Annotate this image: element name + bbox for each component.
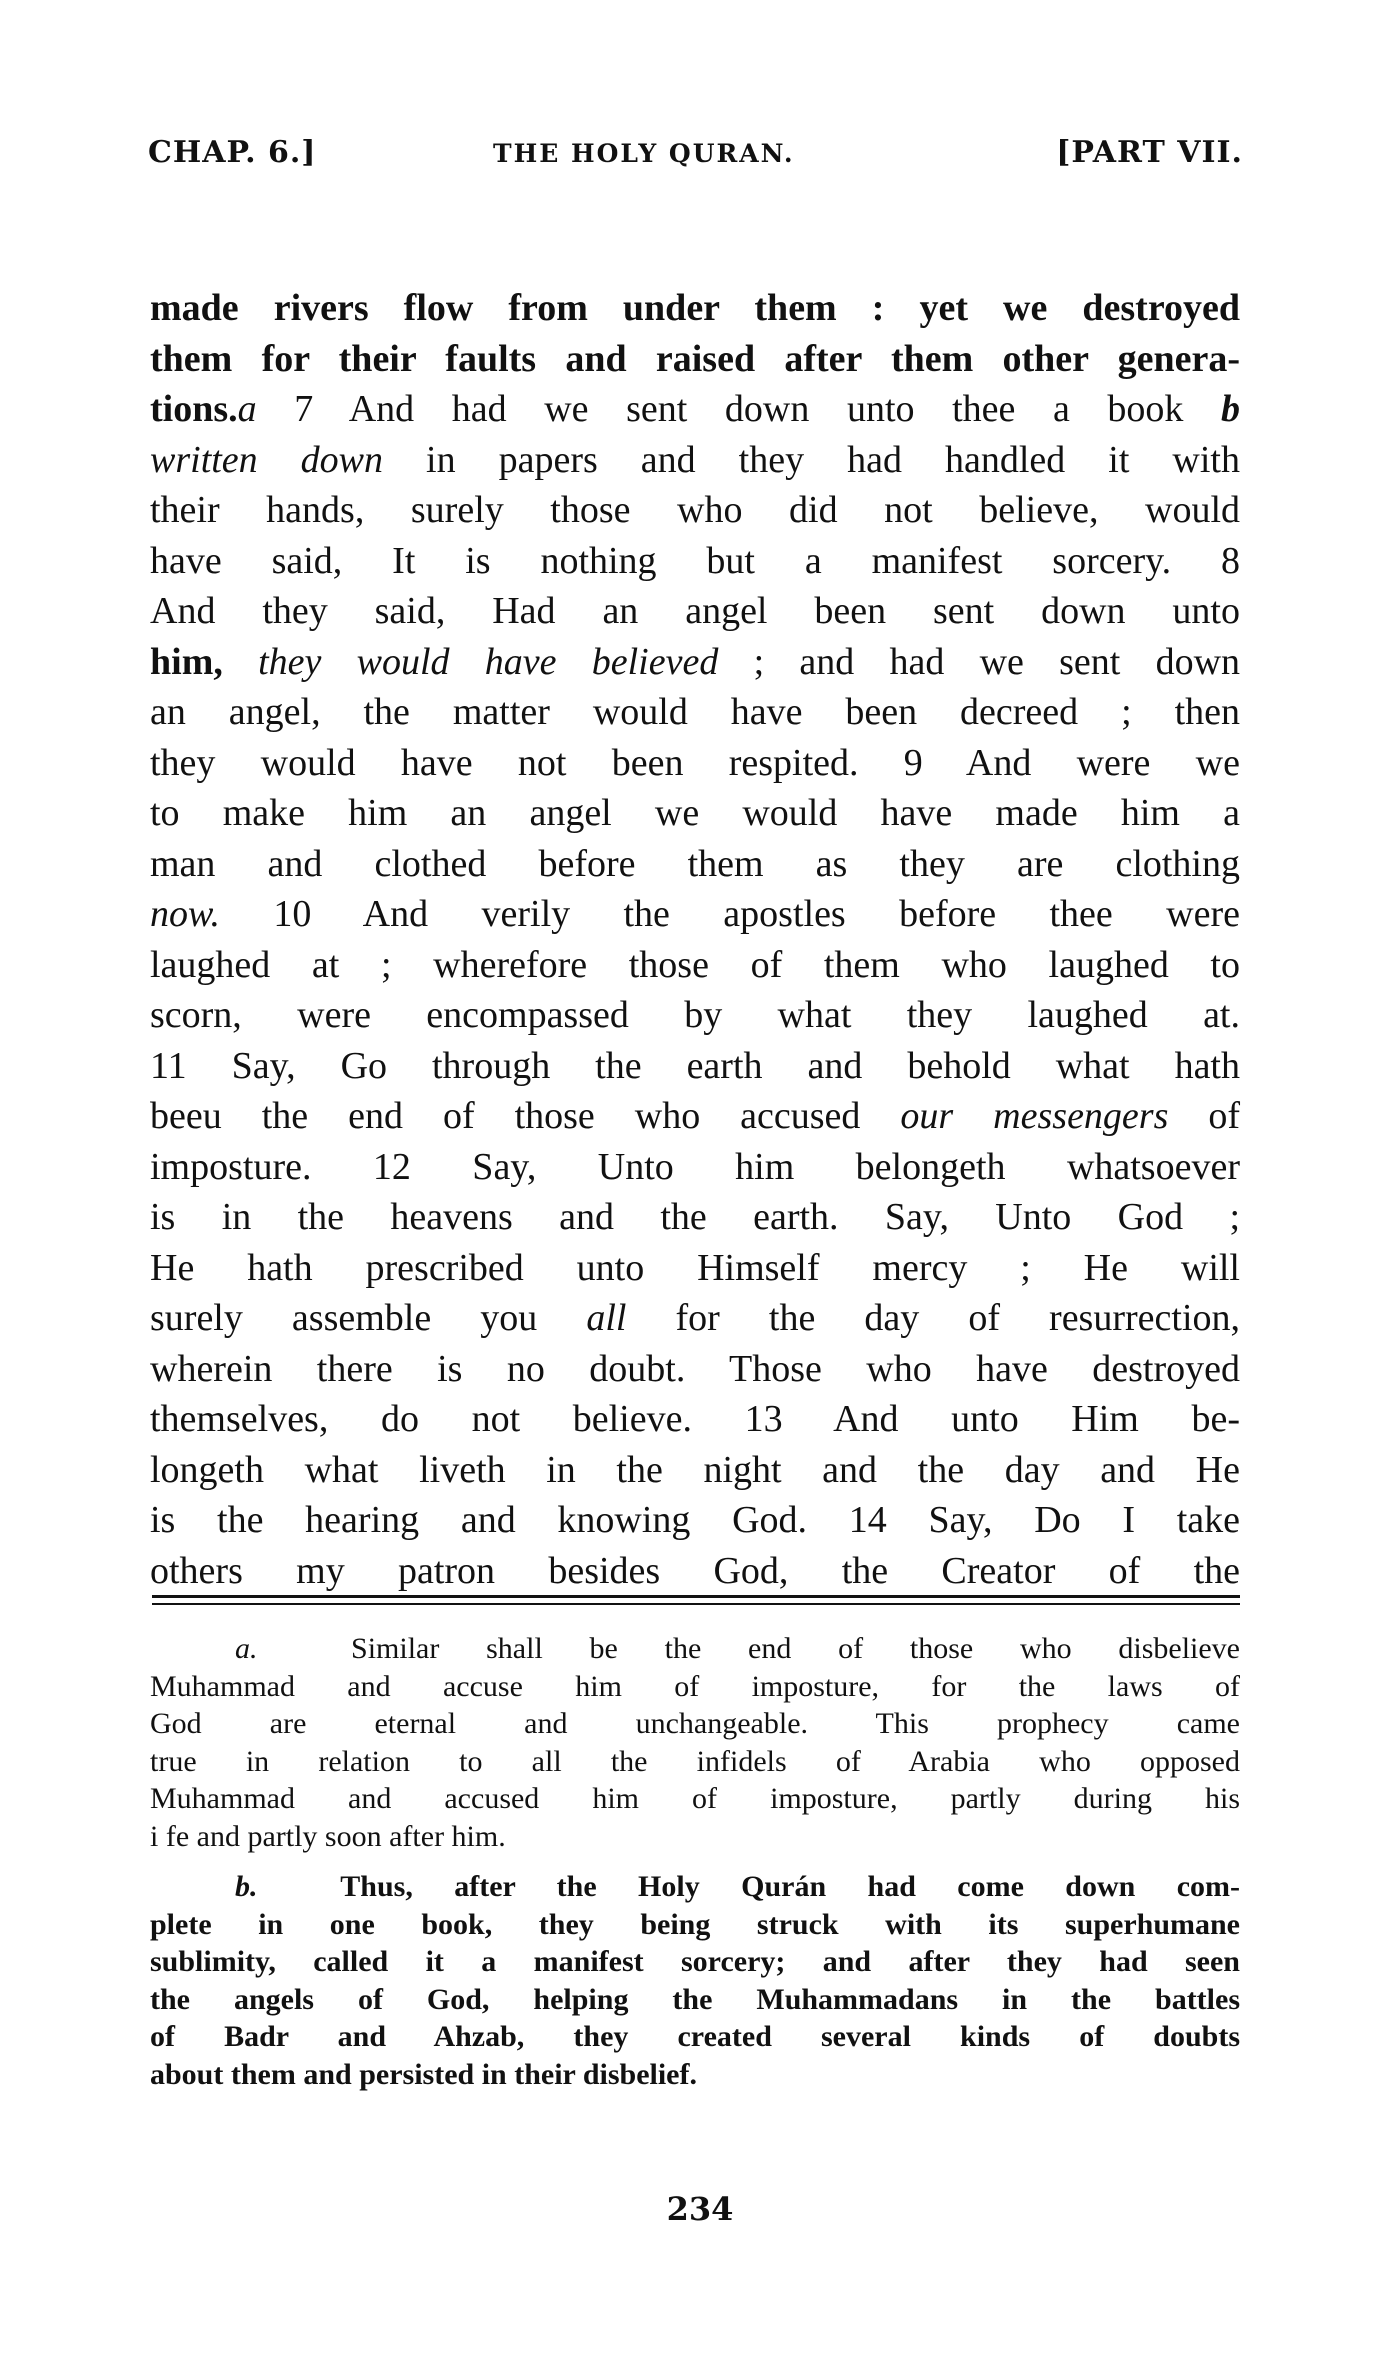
text-line: others my patron besides God, the Creato… bbox=[150, 1546, 1240, 1597]
footnote-a: a. Similar shall be the end of those who… bbox=[150, 1630, 1240, 1855]
text-line: beeu the end of those who accused our me… bbox=[150, 1091, 1240, 1142]
text-line: tions.a 7 And had we sent down unto thee… bbox=[150, 384, 1240, 435]
text-line: themselves, do not believe. 13 And unto … bbox=[150, 1394, 1240, 1445]
text-line: scorn, were encompassed by what they lau… bbox=[150, 990, 1240, 1041]
text-line: is the hearing and knowing God. 14 Say, … bbox=[150, 1495, 1240, 1546]
text-line: man and clothed before them as they are … bbox=[150, 839, 1240, 890]
text-line: And they said, Had an angel been sent do… bbox=[150, 586, 1240, 637]
text-line: him, they would have believed ; and had … bbox=[150, 637, 1240, 688]
text-line: written down in papers and they had hand… bbox=[150, 435, 1240, 486]
book-title: THE HOLY QURAN. bbox=[493, 139, 795, 168]
text-line: wherein there is no doubt. Those who hav… bbox=[150, 1344, 1240, 1395]
footnote-ref-b: b bbox=[1221, 388, 1240, 430]
footnote-line: Muhammad and accused him of imposture, p… bbox=[150, 1780, 1240, 1818]
text-line: 11 Say, Go through the earth and behold … bbox=[150, 1041, 1240, 1092]
text-line: now. 10 And verily the apostles before t… bbox=[150, 889, 1240, 940]
chapter-label: CHAP. 6.] bbox=[148, 135, 317, 170]
footnote-line: the angels of God, helping the Muhammada… bbox=[150, 1981, 1240, 2019]
footnote-divider bbox=[152, 1595, 1240, 1598]
footnote-line: b. Thus, after the Holy Qurán had come d… bbox=[150, 1868, 1240, 1906]
footnote-marker: b. bbox=[235, 1870, 258, 1903]
part-label: [PART VII. bbox=[1056, 135, 1243, 170]
text-line: them for their faults and raised after t… bbox=[150, 334, 1240, 385]
running-head: CHAP. 6.] THE HOLY QURAN. [PART VII. bbox=[148, 135, 1243, 185]
text-line: made rivers flow from under them : yet w… bbox=[150, 283, 1240, 334]
text-line: laughed at ; wherefore those of them who… bbox=[150, 940, 1240, 991]
main-text: made rivers flow from under them : yet w… bbox=[150, 283, 1240, 1596]
footnote-divider bbox=[152, 1603, 1240, 1605]
text-line: is in the heavens and the earth. Say, Un… bbox=[150, 1192, 1240, 1243]
footnotes: a. Similar shall be the end of those who… bbox=[150, 1630, 1240, 2093]
page-number: 234 bbox=[0, 2190, 1400, 2228]
text-line: He hath prescribed unto Himself mercy ; … bbox=[150, 1243, 1240, 1294]
footnote-line: true in relation to all the infidels of … bbox=[150, 1743, 1240, 1781]
footnote-line: plete in one book, they being struck wit… bbox=[150, 1906, 1240, 1944]
footnote-ref-a: a bbox=[238, 388, 257, 430]
footnote-line: i fe and partly soon after him. bbox=[150, 1818, 1240, 1856]
footnote-line: a. Similar shall be the end of those who… bbox=[150, 1630, 1240, 1668]
footnote-line: Muhammad and accuse him of imposture, fo… bbox=[150, 1668, 1240, 1706]
footnote-line: of Badr and Ahzab, they created several … bbox=[150, 2018, 1240, 2056]
text-line: their hands, surely those who did not be… bbox=[150, 485, 1240, 536]
footnote-marker: a. bbox=[235, 1632, 258, 1665]
footnote-line: God are eternal and unchangeable. This p… bbox=[150, 1705, 1240, 1743]
text-line: they would have not been respited. 9 And… bbox=[150, 738, 1240, 789]
book-page: CHAP. 6.] THE HOLY QURAN. [PART VII. mad… bbox=[0, 0, 1400, 2360]
text-line: an angel, the matter would have been dec… bbox=[150, 687, 1240, 738]
footnote-b: b. Thus, after the Holy Qurán had come d… bbox=[150, 1868, 1240, 2093]
footnote-line: about them and persisted in their disbel… bbox=[150, 2056, 1240, 2094]
text-line: longeth what liveth in the night and the… bbox=[150, 1445, 1240, 1496]
footnote-line: sublimity, called it a manifest sorcery;… bbox=[150, 1943, 1240, 1981]
text-line: have said, It is nothing but a manifest … bbox=[150, 536, 1240, 587]
text-line: surely assemble you all for the day of r… bbox=[150, 1293, 1240, 1344]
text-line: imposture. 12 Say, Unto him belongeth wh… bbox=[150, 1142, 1240, 1193]
text-line: to make him an angel we would have made … bbox=[150, 788, 1240, 839]
